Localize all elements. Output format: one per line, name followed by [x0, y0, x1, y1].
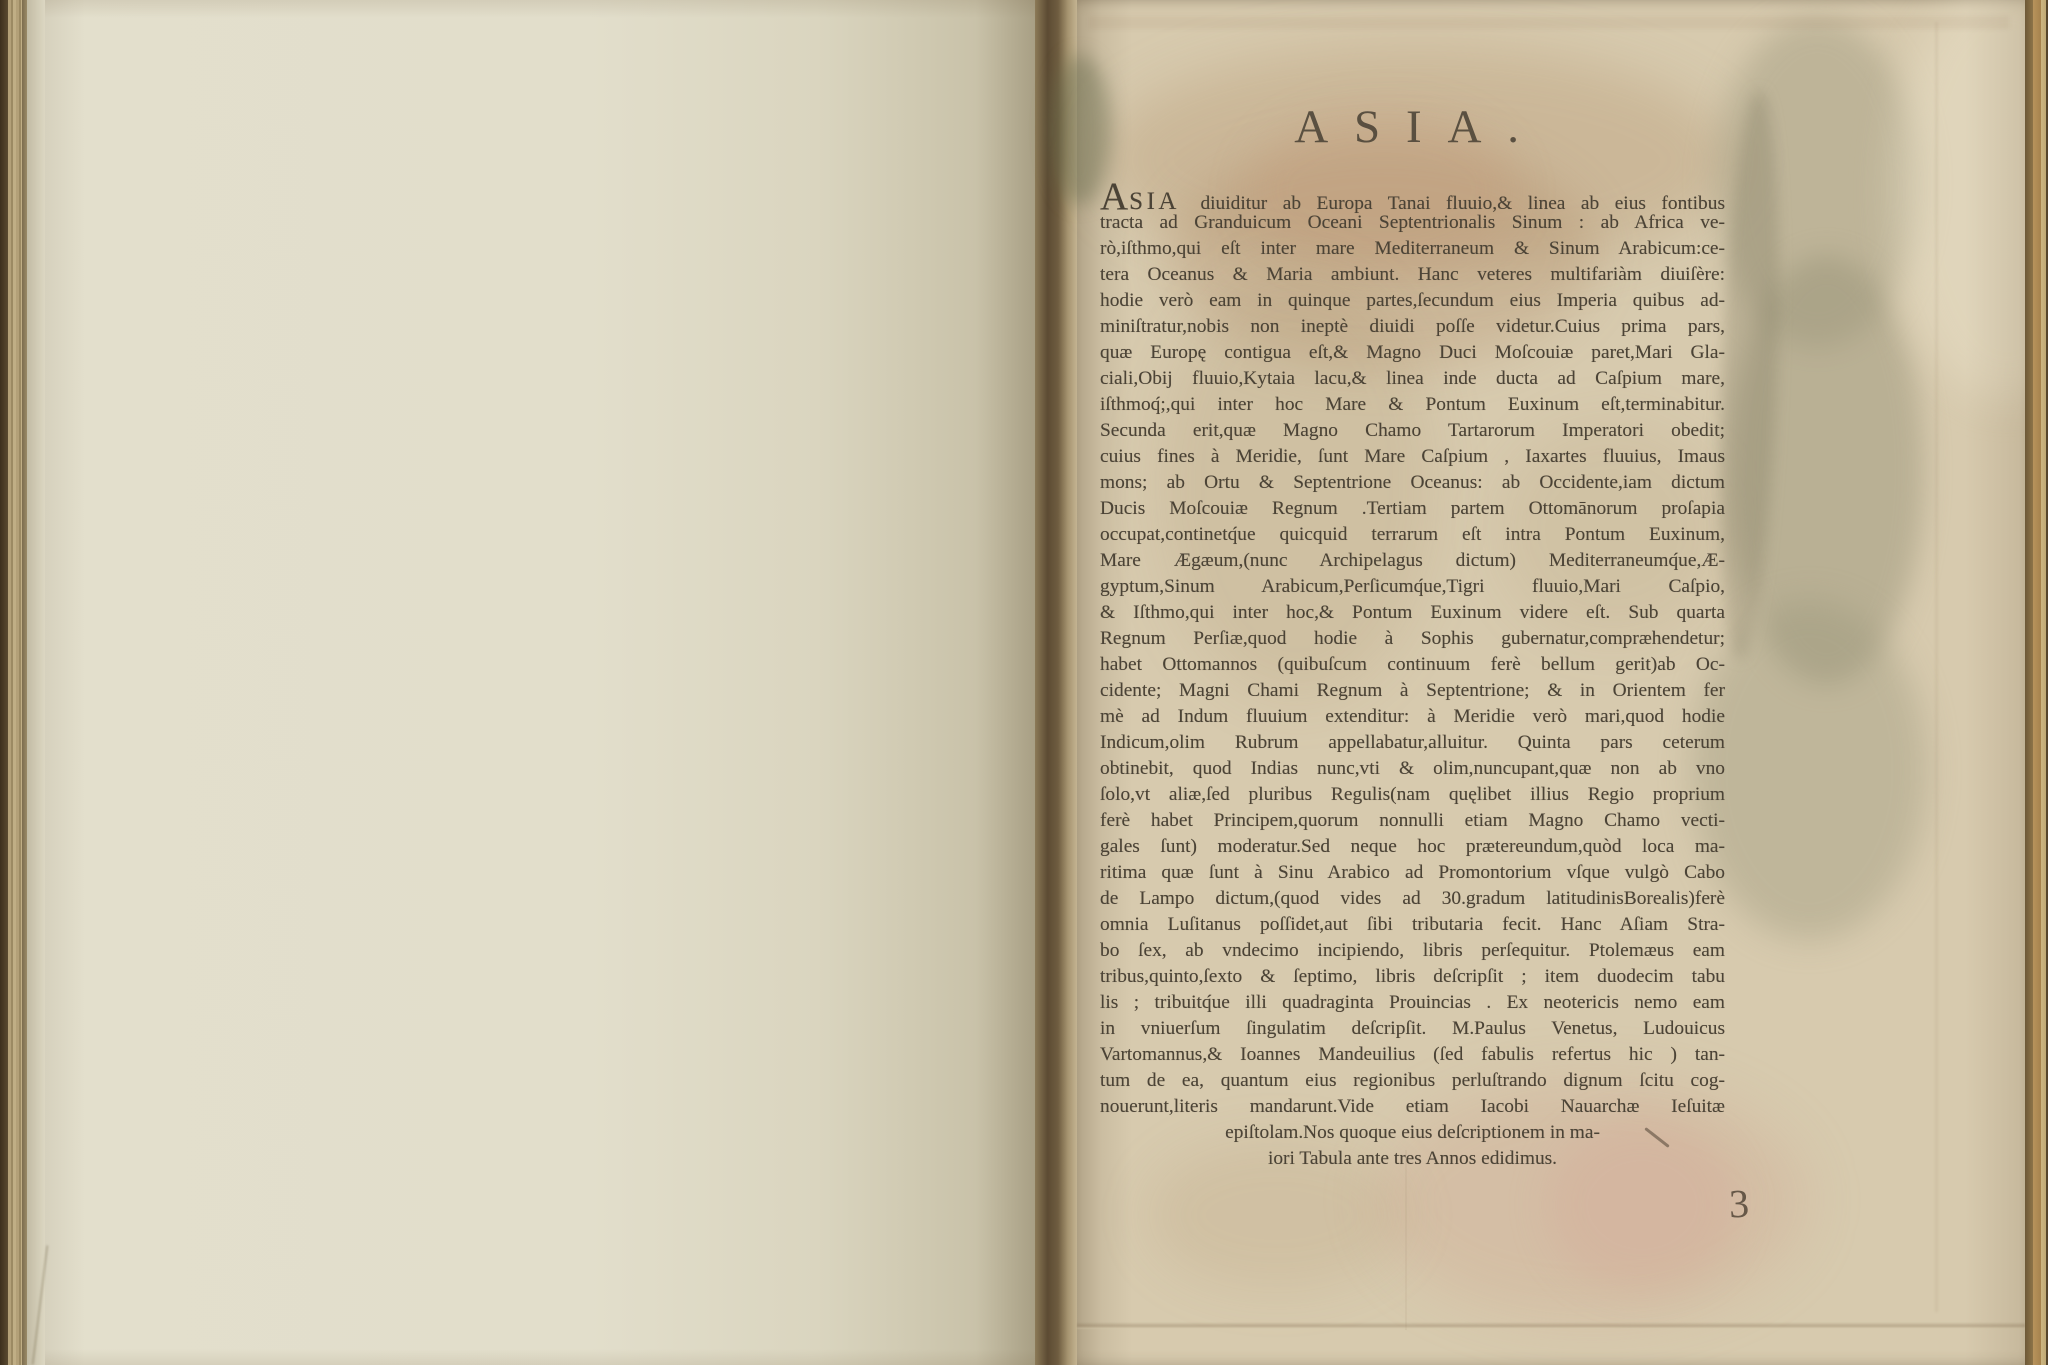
right-page: ASIA. ASIA diuiditur ab Europa Tanai flu…: [1077, 0, 2025, 1365]
text-line: iſthmoq́;,qui inter hoc Mare & Pontum Eu…: [1100, 392, 1725, 418]
text-line: tribus,quinto,ſexto & ſeptimo, libris de…: [1100, 964, 1725, 990]
text-line: ſolo,vt aliæ,ſed pluribus Regulis(nam qu…: [1100, 782, 1725, 808]
text-line: occupat,continetq́ue quicquid terrarum e…: [1100, 522, 1725, 548]
text-line: gyptum,Sinum Arabicum,Perſicumq́ue,Tigri…: [1100, 574, 1725, 600]
text-line: gales ſunt) moderatur.Sed neque hoc præt…: [1100, 834, 1725, 860]
showthrough-line: [1935, 22, 1938, 1312]
text-line: omnia Luſitanus poſſidet,aut ſibi tribut…: [1100, 912, 1725, 938]
page-crease: [1077, 1322, 2025, 1329]
text-line: Vartomannus,& Ioannes Mandeuilius (ſed f…: [1100, 1042, 1725, 1068]
right-page-stack-edge: [2041, 0, 2048, 1365]
text-line: tracta ad Granduicum Oceani Septentriona…: [1100, 210, 1725, 236]
text-line: de Lampo dictum,(quod vides ad 30.gradum…: [1100, 886, 1725, 912]
text-line: obtinebit, quod Indias nunc,vti & olim,n…: [1100, 756, 1725, 782]
text-line: lis ; tribuitq́ue illi quadraginta Proui…: [1100, 990, 1725, 1016]
text-line: hodie verò eam in quinque partes,ſecundu…: [1100, 288, 1725, 314]
showthrough-line-2: [1405, 1150, 1407, 1330]
text-line: nouerunt,literis mandarunt.Vide etiam Ia…: [1100, 1094, 1725, 1120]
text-line: Mare Ægæum,(nunc Archipelagus dictum) Me…: [1100, 548, 1725, 574]
page-number: 3: [1728, 1180, 1750, 1228]
text-line: mè ad Indum fluuium extenditur: à Meridi…: [1100, 704, 1725, 730]
text-line: rò,iſthmo,qui eſt inter mare Mediterrane…: [1100, 236, 1725, 262]
text-line: ritima quæ ſunt à Sinu Arabico ad Promon…: [1100, 860, 1725, 886]
text-line: bo ſex, ab vndecimo incipiendo, libris p…: [1100, 938, 1725, 964]
latin-text-block: ASIA diuiditur ab Europa Tanai fluuio,& …: [1100, 184, 1725, 1172]
left-page-margin-edge: [27, 0, 45, 1365]
right-fore-edge-shadow: [2025, 0, 2033, 1365]
text-line: Secunda erit,quæ Magno Chamo Tartarorum …: [1100, 418, 1725, 444]
text-line: in vniuerſum ſingulatim deſcripſit. M.Pa…: [1100, 1016, 1725, 1042]
text-line: ciali,Obij fluuio,Kytaia lacu,& linea in…: [1100, 366, 1725, 392]
text-line: habet Ottomannos (quibuſcum continuum fe…: [1100, 652, 1725, 678]
text-line: miniſtratur,nobis non ineptè diuidi poſſ…: [1100, 314, 1725, 340]
text-line: tum de ea, quantum eius regionibus perlu…: [1100, 1068, 1725, 1094]
text-line: Ducis Moſcouiæ Regnum .Tertiam partem Ot…: [1100, 496, 1725, 522]
stain-right-green-lower: [1692, 600, 1927, 940]
left-page-stack-edge: [8, 0, 22, 1365]
text-line: iori Tabula ante tres Annos edidimus.: [1100, 1146, 1725, 1172]
showthrough-band: [1089, 16, 2009, 29]
right-fore-edge-gold: [2033, 0, 2041, 1365]
text-line: tera Oceanus & Maria ambiunt. Hanc veter…: [1100, 262, 1725, 288]
text-line: quæ Europę contigua eſt,& Magno Duci Moſ…: [1100, 340, 1725, 366]
text-line: ferè habet Principem,quorum nonnulli eti…: [1100, 808, 1725, 834]
text-line: cuius fines à Meridie, ſunt Mare Caſpium…: [1100, 444, 1725, 470]
text-line: & Iſthmo,qui inter hoc,& Pontum Euxinum …: [1100, 600, 1725, 626]
text-line: Regnum Perſiæ,quod hodie à Sophis gubern…: [1100, 626, 1725, 652]
book-scan: ASIA. ASIA diuiditur ab Europa Tanai flu…: [0, 0, 2048, 1365]
text-line: Indicum,olim Rubrum appellabatur,alluitu…: [1100, 730, 1725, 756]
page-title: ASIA.: [1100, 100, 1725, 154]
left-page-blank: [45, 0, 1035, 1365]
text-line: ASIA diuiditur ab Europa Tanai fluuio,& …: [1100, 184, 1725, 210]
text-line: epiſtolam.Nos quoque eius deſcriptionem …: [1100, 1120, 1725, 1146]
text-line: cidente; Magni Chami Regnum à Septentrio…: [1100, 678, 1725, 704]
text-line: mons; ab Ortu & Septentrione Oceanus: ab…: [1100, 470, 1725, 496]
book-gutter: [1035, 0, 1077, 1365]
left-cover-edge: [0, 0, 8, 1365]
